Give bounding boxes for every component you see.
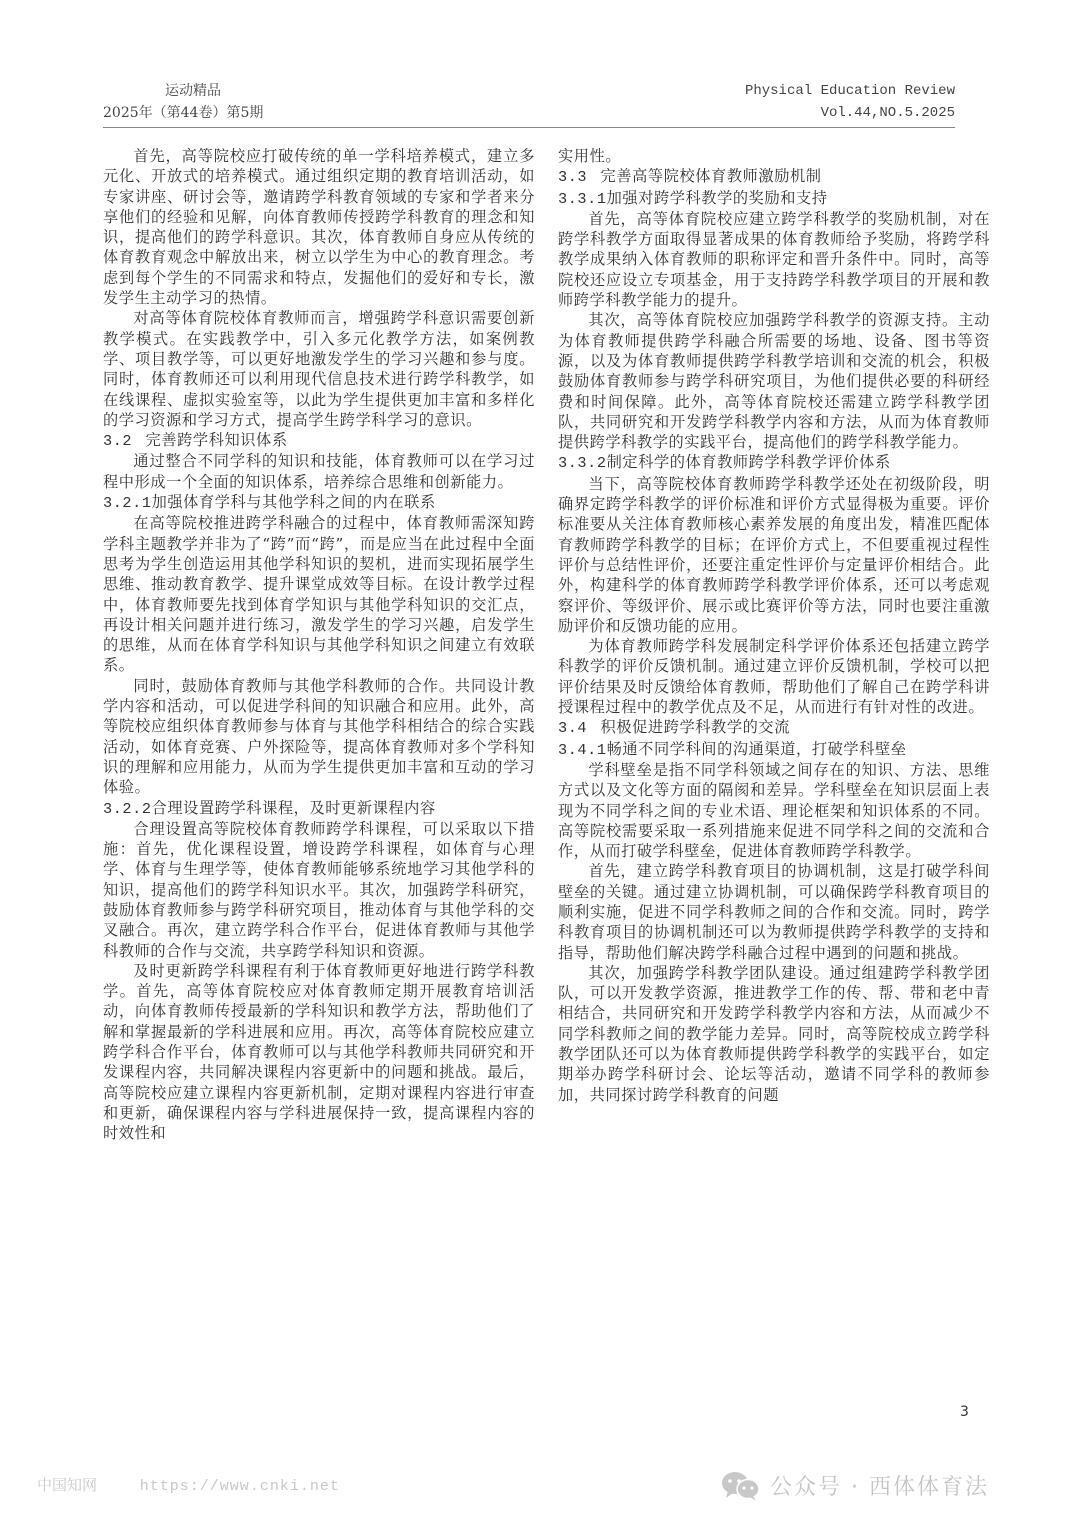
section-heading: 3.4积极促进跨学科教学的交流 <box>558 717 990 738</box>
section-number: 3.3.2 <box>558 453 607 473</box>
body-paragraph: 在高等院校推进跨学科融合的过程中，体育教师需深知跨学科主题教学并非为了“跨”而“… <box>103 513 535 675</box>
section-title: 加强对跨学科教学的奖励和支持 <box>607 189 828 207</box>
section-heading: 3.2.1加强体育学科与其他学科之间的内在联系 <box>103 492 535 513</box>
journal-name-cn: 运动精品 <box>103 80 263 102</box>
header-right: Physical Education Review Vol.44,NO.5.20… <box>745 80 955 124</box>
header-left: 运动精品 2025年（第44卷）第5期 <box>103 80 263 124</box>
section-title: 积极促进跨学科教学的交流 <box>601 718 790 736</box>
section-number: 3.2.2 <box>103 799 152 819</box>
section-number: 3.2 <box>103 431 146 451</box>
section-number: 3.3.1 <box>558 189 607 209</box>
left-column: 首先，高等院校应打破传统的单一学科培养模式，建立多元化、开放式的培养模式。通过组… <box>103 146 535 1144</box>
body-paragraph: 首先，建立跨学科教育项目的协调机制，这是打破学科间壁垒的关键。通过建立协调机制，… <box>558 861 990 962</box>
body-paragraph: 同时，鼓励体育教师与其他学科教师的合作。共同设计教学内容和活动，可以促进学科间的… <box>103 676 535 798</box>
journal-name-en: Physical Education Review <box>745 80 955 102</box>
cnki-name: 中国知网 <box>37 1476 97 1494</box>
right-column: 实用性。3.3完善高等院校体育教师激励机制3.3.1加强对跨学科教学的奖励和支持… <box>558 146 990 1105</box>
section-heading: 3.3.2制定科学的体育教师跨学科教学评价体系 <box>558 452 990 473</box>
body-paragraph: 对高等体育院校体育教师而言，增强跨学科意识需要创新教学模式。在实践教学中，引入多… <box>103 308 535 430</box>
header-divider <box>103 127 955 128</box>
body-paragraph: 学科壁垒是指不同学科领域之间存在的知识、方法、思维方式以及文化等方面的隔阂和差异… <box>558 760 990 861</box>
body-paragraph: 及时更新跨学科课程有利于体育教师更好地进行跨学科教学。首先，高等体育院校应对体育… <box>103 961 535 1144</box>
body-paragraph: 为体育教师跨学科发展制定科学评价体系还包括建立跨学科教学的评价反馈机制。通过建立… <box>558 636 990 717</box>
section-number: 3.3 <box>558 167 601 187</box>
issue-info-en: Vol.44,NO.5.2025 <box>745 102 955 124</box>
section-number: 3.2.1 <box>103 493 152 513</box>
section-heading: 3.2.2合理设置跨学科课程，及时更新课程内容 <box>103 798 535 819</box>
section-title: 制定科学的体育教师跨学科教学评价体系 <box>607 453 891 471</box>
section-heading: 3.3完善高等院校体育教师激励机制 <box>558 166 990 187</box>
section-heading: 3.4.1畅通不同学科间的沟通渠道，打破学科壁垒 <box>558 739 990 760</box>
wechat-watermark: 公众号 · 西体体育法 <box>720 1470 989 1501</box>
watermark-text: 公众号 · 西体体育法 <box>770 1470 989 1501</box>
section-number: 3.4 <box>558 718 601 738</box>
section-title: 加强体育学科与其他学科之间的内在联系 <box>152 493 436 511</box>
cnki-url: https://www.cnki.net <box>140 1478 340 1495</box>
body-paragraph: 通过整合不同学科的知识和技能，体育教师可以在学习过程中形成一个全面的知识体系，培… <box>103 451 535 492</box>
page-number: 3 <box>960 1404 969 1420</box>
cnki-watermark: 中国知网 https://www.cnki.net <box>37 1474 340 1495</box>
body-paragraph: 其次，加强跨学科教学团队建设。通过组建跨学科教学团队，可以开发教学资源，推进教学… <box>558 963 990 1105</box>
wechat-icon <box>720 1471 762 1501</box>
body-paragraph: 合理设置高等院校体育教师跨学科课程，可以采取以下措施：首先，优化课程设置，增设跨… <box>103 819 535 961</box>
body-paragraph: 首先，高等院校应打破传统的单一学科培养模式，建立多元化、开放式的培养模式。通过组… <box>103 146 535 308</box>
body-paragraph: 实用性。 <box>558 146 990 166</box>
issue-info-cn: 2025年（第44卷）第5期 <box>103 102 263 124</box>
body-paragraph: 其次，高等体育院校应加强跨学科教学的资源支持。主动为体育教师提供跨学科融合所需要… <box>558 310 990 452</box>
section-heading: 3.2完善跨学科知识体系 <box>103 430 535 451</box>
section-title: 完善高等院校体育教师激励机制 <box>601 167 822 185</box>
section-title: 合理设置跨学科课程，及时更新课程内容 <box>152 799 436 817</box>
section-title: 畅通不同学科间的沟通渠道，打破学科壁垒 <box>607 740 907 758</box>
body-paragraph: 当下，高等院校体育教师跨学科教学还处在初级阶段，明确界定跨学科教学的评价标准和评… <box>558 474 990 636</box>
section-title: 完善跨学科知识体系 <box>146 431 288 449</box>
section-number: 3.4.1 <box>558 740 607 760</box>
body-paragraph: 首先，高等体育院校应建立跨学科教学的奖励机制，对在跨学科教学方面取得显著成果的体… <box>558 209 990 310</box>
section-heading: 3.3.1加强对跨学科教学的奖励和支持 <box>558 188 990 209</box>
